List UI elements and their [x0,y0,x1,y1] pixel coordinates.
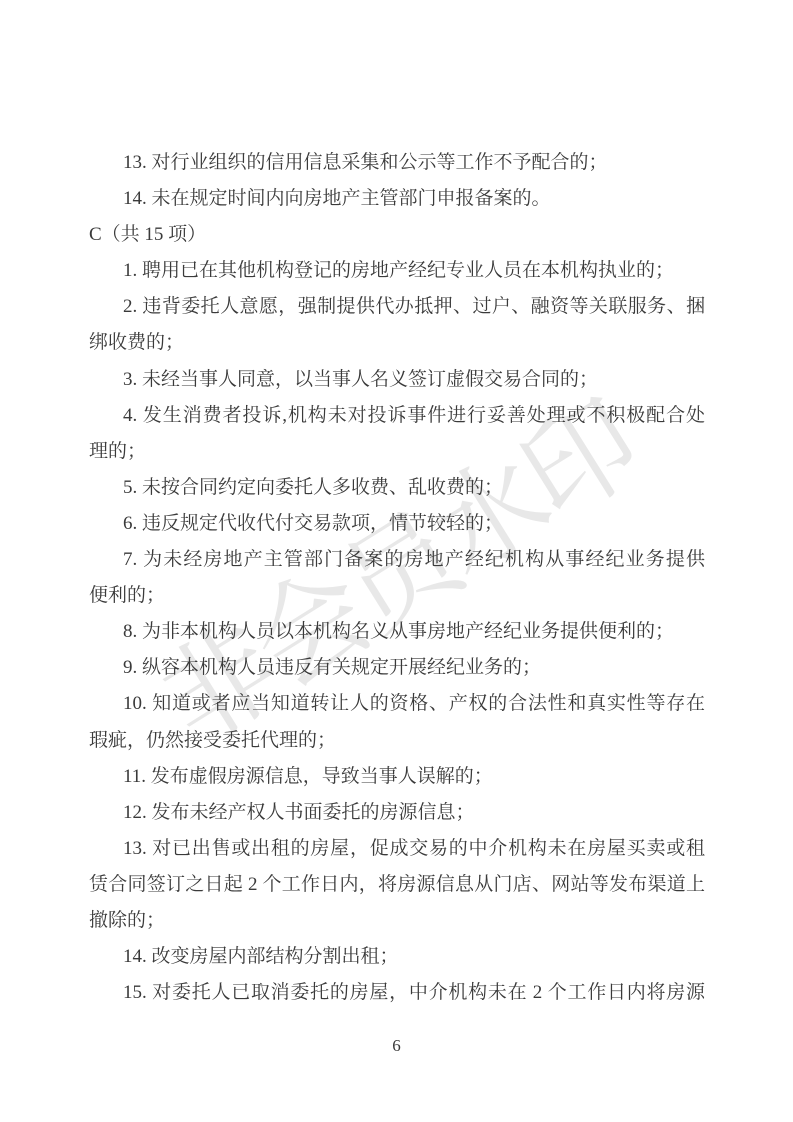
text-line: 9. 纵容本机构人员违反有关规定开展经纪业务的； [89,650,705,686]
text-line: 5. 未按合同约定向委托人多收费、乱收费的； [89,470,705,506]
text-line: 6. 违反规定代收代付交易款项，情节较轻的； [89,506,705,542]
text-line: 4. 发生消费者投诉,机构未对投诉事件进行妥善处理或不积极配合处 [89,398,705,434]
text-line: C（共 15 项） [89,217,705,253]
text-line: 便利的； [89,578,705,614]
text-line: 8. 为非本机构人员以本机构名义从事房地产经纪业务提供便利的； [89,614,705,650]
page-number: 6 [0,1036,793,1056]
text-line: 1. 聘用已在其他机构登记的房地产经纪专业人员在本机构执业的； [89,253,705,289]
text-line: 赁合同签订之日起 2 个工作日内，将房源信息从门店、网站等发布渠道上 [89,867,705,903]
text-line: 11. 发布虚假房源信息，导致当事人误解的； [89,759,705,795]
text-line: 14. 改变房屋内部结构分割出租； [89,939,705,975]
text-line: 13. 对行业组织的信用信息采集和公示等工作不予配合的； [89,145,705,181]
text-line: 13. 对已出售或出租的房屋，促成交易的中介机构未在房屋买卖或租 [89,831,705,867]
text-line: 理的； [89,434,705,470]
document-body: 13. 对行业组织的信用信息采集和公示等工作不予配合的；14. 未在规定时间内向… [89,145,705,1011]
document-page: 非会员水印 13. 对行业组织的信用信息采集和公示等工作不予配合的；14. 未在… [0,0,793,1122]
text-line: 7. 为未经房地产主管部门备案的房地产经纪机构从事经纪业务提供 [89,542,705,578]
text-line: 瑕疵，仍然接受委托代理的； [89,723,705,759]
text-line: 3. 未经当事人同意，以当事人名义签订虚假交易合同的； [89,362,705,398]
text-line: 10. 知道或者应当知道转让人的资格、产权的合法性和真实性等存在 [89,686,705,722]
text-line: 2. 违背委托人意愿，强制提供代办抵押、过户、融资等关联服务、捆 [89,289,705,325]
text-line: 15. 对委托人已取消委托的房屋，中介机构未在 2 个工作日内将房源 [89,975,705,1011]
text-line: 14. 未在规定时间内向房地产主管部门申报备案的。 [89,181,705,217]
text-line: 撤除的； [89,903,705,939]
text-line: 12. 发布未经产权人书面委托的房源信息； [89,795,705,831]
text-line: 绑收费的； [89,325,705,361]
